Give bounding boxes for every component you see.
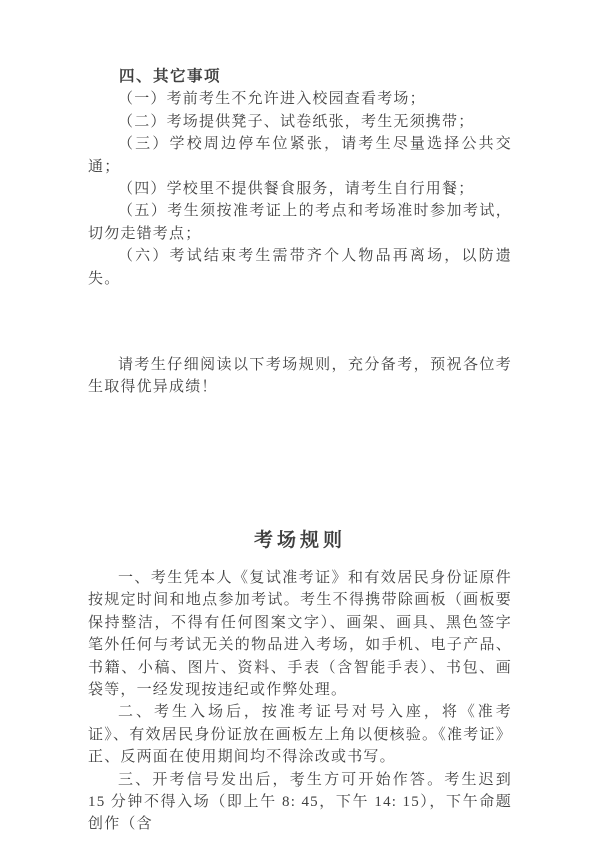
rule-paragraph-2: 二、考生入场后，按准考证号对号入座，将《准考证》、有效居民身份证放在画板左上角以…: [88, 701, 512, 768]
list-item-1: （一）考前考生不允许进入校园查看考场；: [88, 88, 512, 110]
rule-paragraph-1: 一、考生凭本人《复试准考证》和有效居民身份证原件按规定时间和地点参加考试。考生不…: [88, 567, 512, 701]
section-heading: 四、其它事项: [88, 66, 512, 88]
list-item-3: （三）学校周边停车位紧张，请考生尽量选择公共交通；: [88, 133, 512, 178]
list-item-5: （五）考生须按准考证上的考点和考场准时参加考试，切勿走错考点；: [88, 200, 512, 245]
document-body: 四、其它事项 （一）考前考生不允许进入校园查看考场； （二）考场提供凳子、试卷纸…: [88, 66, 512, 836]
document-page: 四、其它事项 （一）考前考生不允许进入校园查看考场； （二）考场提供凳子、试卷纸…: [0, 0, 595, 842]
list-item-2: （二）考场提供凳子、试卷纸张，考生无须携带；: [88, 111, 512, 133]
notice-paragraph: 请考生仔细阅读以下考场规则，充分备考，预祝各位考生取得优异成绩！: [88, 354, 512, 399]
list-item-4: （四）学校里不提供餐食服务，请考生自行用餐；: [88, 178, 512, 200]
page-number: 3: [0, 779, 595, 789]
rules-title: 考场规则: [88, 527, 512, 555]
list-item-6: （六）考试结束考生需带齐个人物品再离场，以防遗失。: [88, 245, 512, 290]
